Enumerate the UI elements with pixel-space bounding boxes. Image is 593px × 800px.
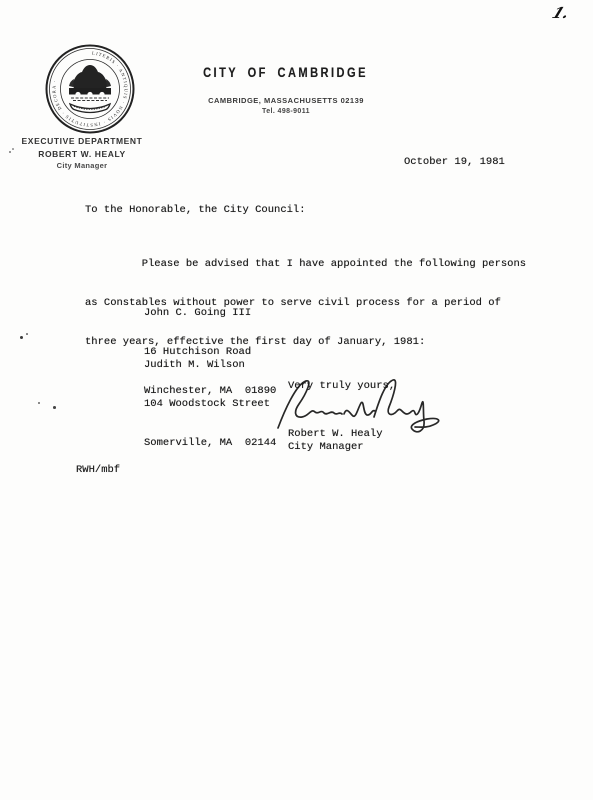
appointee-street: 104 Woodstock Street bbox=[144, 398, 276, 411]
scan-speck bbox=[12, 148, 14, 150]
letterhead-phone: Tel. 498-9011 bbox=[156, 108, 416, 115]
scan-speck bbox=[53, 406, 56, 409]
scan-speck bbox=[26, 333, 28, 335]
appointee-name: Judith M. Wilson bbox=[144, 359, 276, 372]
handwritten-page-number: 1. bbox=[549, 4, 572, 22]
scan-speck bbox=[20, 336, 23, 339]
handwritten-signature bbox=[268, 372, 448, 442]
reference-initials: RWH/mbf bbox=[76, 464, 120, 477]
scan-speck bbox=[9, 151, 11, 153]
letterhead: CITY OF CAMBRIDGE CAMBRIDGE, MASSACHUSET… bbox=[156, 64, 416, 115]
appointee-name: John C. Going III bbox=[144, 307, 276, 320]
manager-name-label: ROBERT W. HEALY bbox=[2, 149, 162, 159]
city-seal-icon: LITERIS · ANTIQUIS · NOVIS · INSTITUTIS … bbox=[44, 43, 136, 135]
scanned-letter-page: 1. LITERIS · ANTIQUIS · NOVIS · INSTITUT… bbox=[0, 0, 593, 800]
executive-department-block: EXECUTIVE DEPARTMENT ROBERT W. HEALY Cit… bbox=[2, 136, 162, 170]
salutation: To the Honorable, the City Council: bbox=[85, 204, 306, 217]
scan-speck bbox=[38, 402, 40, 404]
appointee-address-block-2: Judith M. Wilson 104 Woodstock Street So… bbox=[144, 333, 276, 476]
body-line: Please be advised that I have appointed … bbox=[85, 258, 526, 271]
letter-date: October 19, 1981 bbox=[404, 156, 505, 169]
letterhead-title: CITY OF CAMBRIDGE bbox=[204, 65, 369, 80]
signed-title: City Manager bbox=[288, 441, 364, 454]
department-label: EXECUTIVE DEPARTMENT bbox=[2, 136, 162, 146]
appointee-city: Somerville, MA 02144 bbox=[144, 437, 276, 450]
manager-title-label: City Manager bbox=[2, 161, 162, 170]
seal-center-scene bbox=[72, 65, 108, 88]
letterhead-address: CAMBRIDGE, MASSACHUSETTS 02139 bbox=[156, 96, 416, 105]
